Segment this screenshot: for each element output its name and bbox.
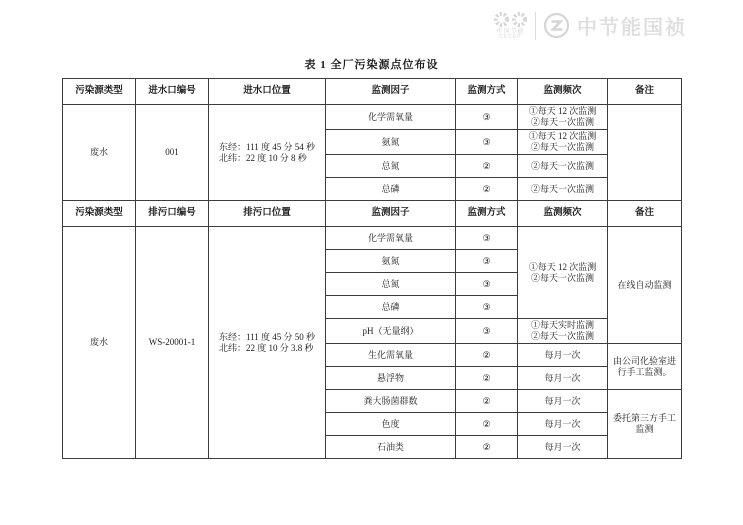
monitor-method-cell: ② (456, 436, 518, 459)
monitor-factor-cell: 色度 (326, 413, 456, 436)
outlet-location-cell: 东经：111 度 45 分 50 秒 北纬：22 度 10 分 3.8 秒 (209, 227, 326, 459)
logo-main-text: 中节能国祯 (577, 11, 687, 40)
remark-cell (608, 105, 682, 201)
monitor-frequency-cell: 每月一次 (518, 390, 608, 413)
monitor-method-cell: ② (456, 344, 518, 367)
cecep-mark: 中国节能 CECEP (493, 11, 528, 40)
monitor-factor-cell: 悬浮物 (326, 367, 456, 390)
monitor-method-cell: ③ (456, 250, 518, 273)
outlet-id-cell: WS-20001-1 (136, 227, 209, 459)
monitor-factor-cell: 石油类 (326, 436, 456, 459)
guozhen-emblem-icon (543, 12, 570, 39)
monitor-frequency-cell: ①每天 12 次监测 ②每天一次监测 (518, 227, 608, 319)
header-cell: 排污口编号 (136, 201, 209, 227)
frequency-line: ②每天一次监测 (521, 142, 604, 153)
header-cell: 监测因子 (326, 79, 456, 105)
monitor-method-cell: ③ (456, 105, 518, 130)
outlet-id-cell: 001 (136, 105, 209, 201)
table-row: 污染源类型 排污口编号 排污口位置 监测因子 监测方式 监测频次 备注 (63, 201, 682, 227)
header-cell: 污染源类型 (63, 79, 136, 105)
flower-icon (493, 11, 510, 28)
pollution-type-cell: 废水 (63, 105, 136, 201)
monitor-frequency-cell: ①每天实时监测 ②每天一次监测 (518, 319, 608, 344)
header-cell: 监测因子 (326, 201, 456, 227)
remark-cell: 由公司化验室进行手工监测。 (608, 344, 682, 390)
frequency-line: ①每天 12 次监测 (521, 131, 604, 142)
location-line: 东经：111 度 45 分 50 秒 (219, 332, 315, 343)
header-cell: 备注 (608, 79, 682, 105)
remark-cell: 委托第三方手工监测 (608, 390, 682, 459)
monitor-method-cell: ② (456, 178, 518, 201)
monitor-frequency-cell: ①每天 12 次监测 ②每天一次监测 (518, 105, 608, 130)
monitor-factor-cell: 总磷 (326, 178, 456, 201)
header-cell: 进水口位置 (209, 79, 326, 105)
remark-cell: 在线自动监测 (608, 227, 682, 344)
outlet-location-cell: 东经：111 度 45 分 54 秒 北纬：22 度 10 分 8 秒 (209, 105, 326, 201)
frequency-line: ①每天实时监测 (521, 320, 604, 331)
logo-divider (535, 12, 536, 40)
table-title: 表 1 全厂污染源点位布设 (0, 56, 743, 72)
monitor-frequency-cell: ②每天一次监测 (518, 178, 608, 201)
header-cell: 监测方式 (456, 201, 518, 227)
frequency-line: ②每天一次监测 (521, 117, 604, 128)
location-line: 北纬：22 度 10 分 3.8 秒 (219, 343, 315, 354)
cecep-flower-icons (493, 11, 528, 28)
pollution-type-cell: 废水 (63, 227, 136, 459)
pollution-source-table: 污染源类型 进水口编号 进水口位置 监测因子 监测方式 监测频次 备注 废水 0… (62, 78, 682, 459)
frequency-line: ①每天 12 次监测 (521, 262, 604, 273)
monitor-method-cell: ③ (456, 273, 518, 296)
monitor-method-cell: ② (456, 367, 518, 390)
monitor-method-cell: ③ (456, 319, 518, 344)
monitor-frequency-cell: 每月一次 (518, 367, 608, 390)
table-row: 废水 001 东经：111 度 45 分 54 秒 北纬：22 度 10 分 8… (63, 105, 682, 130)
location-line: 东经：111 度 45 分 54 秒 (219, 142, 315, 153)
monitor-frequency-cell: 每月一次 (518, 436, 608, 459)
monitor-factor-cell: 生化需氧量 (326, 344, 456, 367)
header-cell: 监测频次 (518, 79, 608, 105)
monitor-factor-cell: 总氮 (326, 155, 456, 178)
monitor-method-cell: ③ (456, 227, 518, 250)
logo-en-text: CECEP (499, 35, 521, 40)
table-row: 污染源类型 进水口编号 进水口位置 监测因子 监测方式 监测频次 备注 (63, 79, 682, 105)
header-cell: 备注 (608, 201, 682, 227)
frequency-line: ②每天一次监测 (521, 273, 604, 284)
monitor-method-cell: ② (456, 390, 518, 413)
monitor-factor-cell: 化学需氧量 (326, 105, 456, 130)
monitor-method-cell: ② (456, 413, 518, 436)
frequency-line: ①每天 12 次监测 (521, 106, 604, 117)
flower-icon (511, 11, 528, 28)
document-page: 中国节能 CECEP 中节能国祯 表 1 全厂污染源点位布设 污染源类型 进水口… (0, 0, 743, 525)
header-cell: 排污口位置 (209, 201, 326, 227)
frequency-line: ②每天一次监测 (521, 331, 604, 342)
header-cell: 进水口编号 (136, 79, 209, 105)
monitor-factor-cell: 粪大肠菌群数 (326, 390, 456, 413)
monitor-factor-cell: 总氮 (326, 273, 456, 296)
header-cell: 监测频次 (518, 201, 608, 227)
monitor-factor-cell: 氨氮 (326, 250, 456, 273)
header-cell: 污染源类型 (63, 201, 136, 227)
monitor-factor-cell: pH（无量纲） (326, 319, 456, 344)
monitor-frequency-cell: ②每天一次监测 (518, 155, 608, 178)
monitor-frequency-cell: 每月一次 (518, 344, 608, 367)
table-row: 废水 WS-20001-1 东经：111 度 45 分 50 秒 北纬：22 度… (63, 227, 682, 250)
location-line: 北纬：22 度 10 分 8 秒 (219, 153, 315, 164)
monitor-method-cell: ② (456, 155, 518, 178)
monitor-frequency-cell: ①每天 12 次监测 ②每天一次监测 (518, 130, 608, 155)
monitor-frequency-cell: 每月一次 (518, 413, 608, 436)
header-cell: 监测方式 (456, 79, 518, 105)
monitor-method-cell: ③ (456, 130, 518, 155)
monitor-factor-cell: 总磷 (326, 296, 456, 319)
monitor-factor-cell: 化学需氧量 (326, 227, 456, 250)
monitor-factor-cell: 氨氮 (326, 130, 456, 155)
monitor-method-cell: ③ (456, 296, 518, 319)
company-logo: 中国节能 CECEP 中节能国祯 (493, 11, 687, 40)
